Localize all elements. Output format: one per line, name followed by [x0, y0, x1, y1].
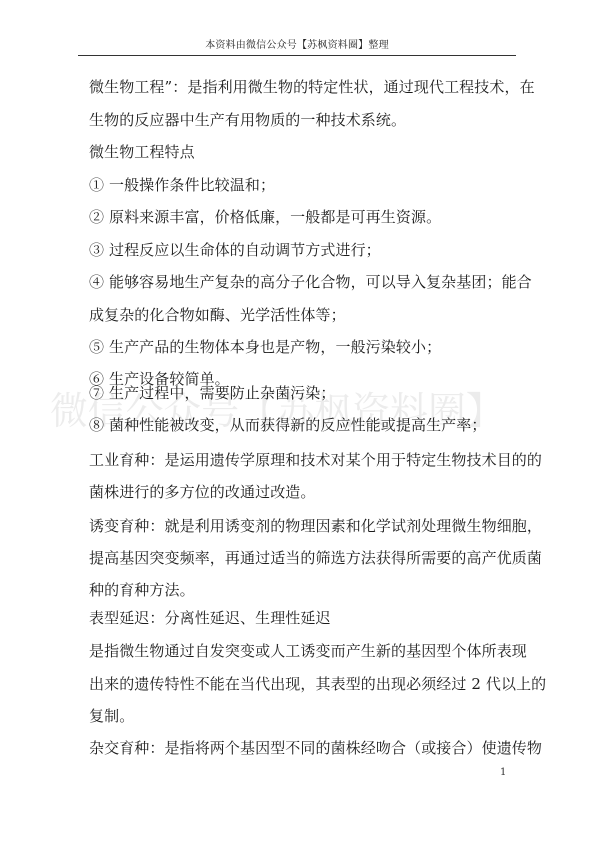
list-item-2: ② 原料来源丰富，价格低廉，一般都是可再生资源。	[89, 207, 441, 227]
heading-phenotypic-lag: 表型延迟：分离性延迟、生理性延迟	[89, 608, 331, 628]
paragraph-phenotypic-lag-3: 复制。	[89, 706, 134, 726]
list-item-4-continued: 成复杂的化合物如酶、光学活性体等；	[89, 305, 346, 325]
list-item-7: ⑦ 生产过程中，需要防止杂菌污染；	[89, 383, 335, 403]
paragraph-phenotypic-lag-2: 出来的遗传特性不能在当代出现，其表型的出现必须经过 2 代以上的	[89, 674, 546, 694]
list-item-5: ⑤ 生产产品的生物体本身也是产物，一般污染较小；	[89, 337, 441, 357]
paragraph-industrial-breeding-2: 菌株进行的多方位的改通过改造。	[89, 482, 316, 502]
list-item-8: ⑧ 菌种性能被改变，从而获得新的反应性能或提高生产率；	[89, 415, 486, 435]
section-heading-features: 微生物工程特点	[89, 142, 195, 162]
document-page: 本资料由微信公众号【苏枫资料圈】整理 微信公众号【苏枫资料圈】 微生物工程”：是…	[0, 0, 595, 841]
list-item-3: ③ 过程反应以生命体的自动调节方式进行；	[89, 240, 381, 260]
paragraph-mutation-breeding-3: 种的育种方法。	[89, 580, 195, 600]
page-number: 1	[500, 766, 506, 780]
page-header: 本资料由微信公众号【苏枫资料圈】整理	[78, 39, 516, 53]
list-item-1: ① 一般操作条件比较温和；	[89, 175, 275, 195]
paragraph-line-definition-2: 生物的反应器中生产有用物质的一种技术系统。	[89, 110, 406, 130]
paragraph-phenotypic-lag-1: 是指微生物通过自发突变或人工诱变而产生新的基因型个体所表现	[89, 641, 527, 661]
paragraph-mutation-breeding-1: 诱变育种：就是利用诱变剂的物理因素和化学试剂处理微生物细胞，	[89, 516, 542, 536]
paragraph-mutation-breeding-2: 提高基因突变频率，再通过适当的筛选方法获得所需要的高产优质菌	[89, 548, 542, 568]
list-item-4: ④ 能够容易地生产复杂的高分子化合物，可以导入复杂基团；能合	[89, 272, 532, 292]
paragraph-industrial-breeding-1: 工业育种：是运用遗传学原理和技术对某个用于特定生物技术目的的	[89, 450, 542, 470]
paragraph-hybrid-breeding-1: 杂交育种：是指将两个基因型不同的菌株经吻合（或接合）使遗传物	[89, 738, 542, 758]
header-divider	[78, 55, 516, 56]
paragraph-line-definition-1: 微生物工程”：是指利用微生物的特定性状，通过现代工程技术，在	[89, 77, 535, 97]
